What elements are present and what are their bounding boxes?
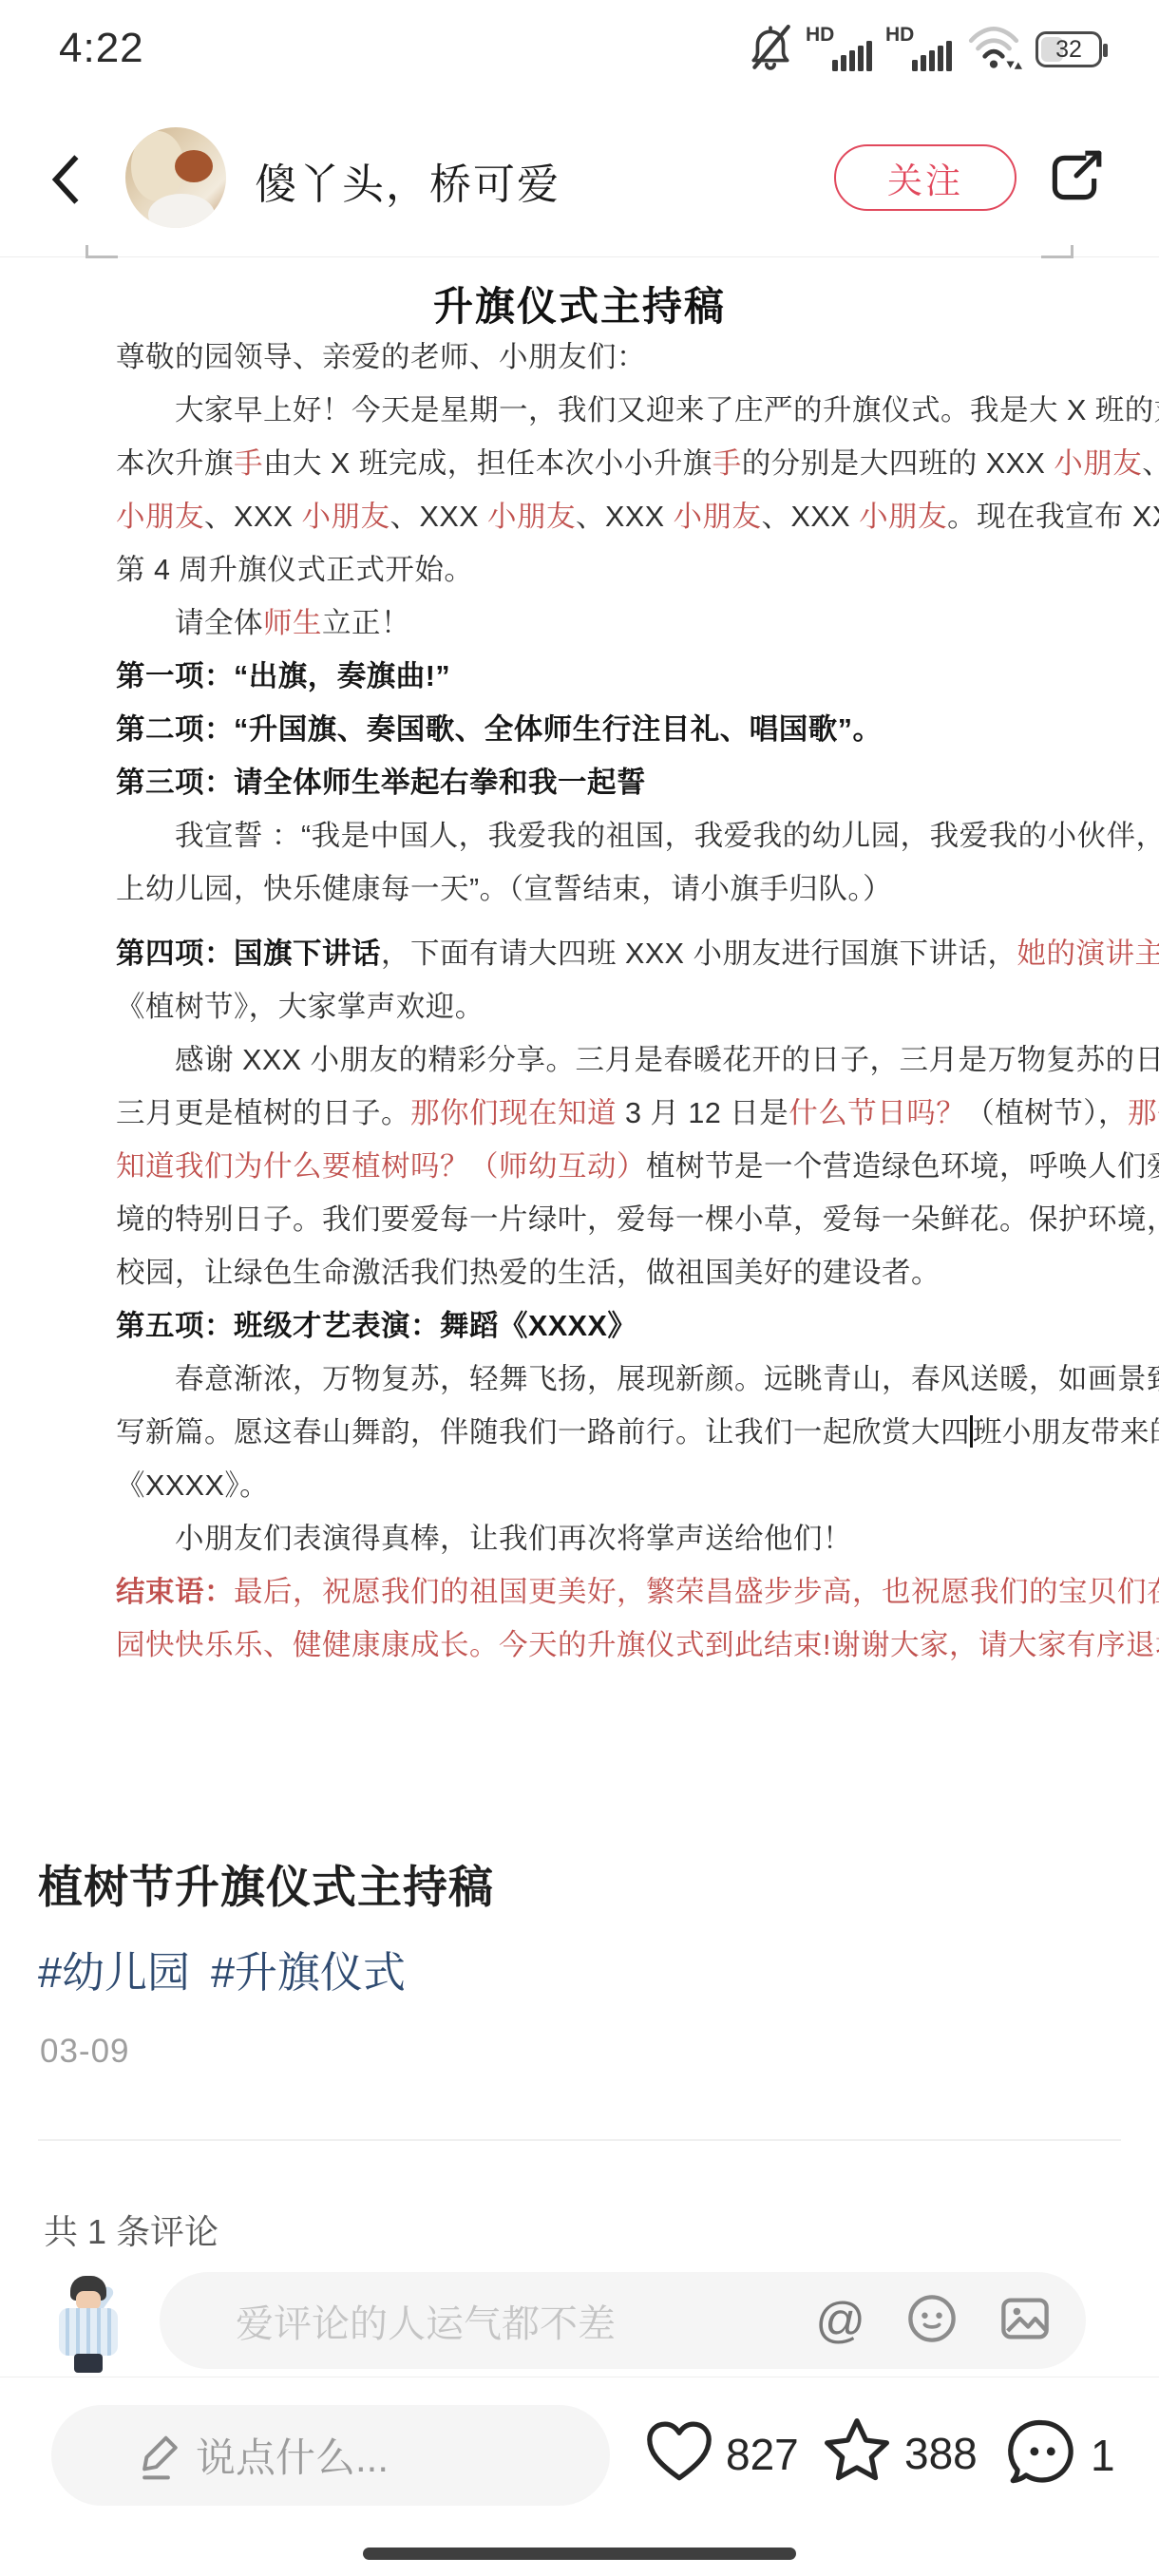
clock: 4:22	[59, 25, 144, 72]
wifi-icon	[965, 24, 1022, 76]
doc-line: 感谢 XXX 小朋友的精彩分享。三月是春暖花开的日子，三月是万物复苏的日子，	[116, 1033, 1123, 1087]
hashtag-kindergarten[interactable]: #幼儿园	[38, 1948, 190, 1997]
doc-line: 第 4 周升旗仪式正式开始。	[116, 543, 1123, 597]
like-count: 827	[726, 2429, 799, 2480]
post-title: 植树节升旗仪式主持稿	[38, 1852, 494, 1916]
document-title: 升旗仪式主持稿	[0, 275, 1159, 332]
doc-line: 本次升旗手由大 X 班完成，担任本次小小升旗手的分别是大四班的 XXX 小朋友、…	[116, 437, 1123, 490]
say-something-placeholder: 说点什么...	[196, 2405, 389, 2506]
mute-bell-icon	[749, 24, 792, 76]
app-screen: 4:22 HD HD	[0, 0, 1159, 2576]
doc-line: 小朋友们表演得真棒，让我们再次将掌声送给他们！	[116, 1512, 1123, 1565]
say-something-input[interactable]: 说点什么...	[51, 2405, 610, 2506]
comment-bubble-icon	[1005, 2418, 1079, 2491]
pencil-icon	[139, 2432, 182, 2488]
comment-count-label: 共 1 条评论	[44, 2206, 218, 2254]
doc-line: 小朋友、XXX 小朋友、XXX 小朋友、XXX 小朋友、XXX 小朋友。现在我宣…	[116, 490, 1123, 543]
doc-line: 园快快乐乐、健健康康成长。今天的升旗仪式到此结束!谢谢大家，请大家有序退场。	[116, 1619, 1123, 1672]
doc-line: 境的特别日子。我们要爱每一片绿叶，爱每一棵小草，爱每一朵鲜花。保护环境，绿化	[116, 1193, 1123, 1246]
doc-line: 知道我们为什么要植树吗？（师幼互动）植树节是一个营造绿色环境，呼唤人们爱护环	[116, 1140, 1123, 1193]
heart-icon	[644, 2418, 714, 2490]
back-button[interactable]	[49, 152, 82, 212]
doc-line: 写新篇。愿这春山舞韵，伴随我们一路前行。让我们一起欣赏大四班小朋友带来的舞蹈	[116, 1406, 1123, 1459]
doc-line: 三月更是植树的日子。那你们现在知道 3 月 12 日是什么节日吗？（植树节），那…	[116, 1087, 1123, 1140]
hd-signal-icon-2: HD	[885, 26, 952, 73]
collect-button[interactable]: 388	[821, 2416, 978, 2490]
doc-line: 第五项：班级才艺表演：舞蹈《XXXX》	[116, 1299, 1123, 1353]
doc-line: 请全体师生立正！	[116, 597, 1123, 650]
emoji-icon[interactable]	[905, 2292, 959, 2350]
image-upload-icon[interactable]	[998, 2292, 1052, 2350]
comment-input-placeholder: 爱评论的人运气都不差	[236, 2272, 616, 2369]
doc-line: 第四项：国旗下讲话，下面有请大四班 XXX 小朋友进行国旗下讲话，她的演讲主题是	[116, 927, 1123, 980]
share-icon[interactable]	[1043, 146, 1106, 214]
comment-input[interactable]: 爱评论的人运气都不差 @	[160, 2272, 1086, 2369]
section-divider	[38, 2139, 1121, 2141]
doc-line: 上幼儿园，快乐健康每一天”。（宣誓结束，请小旗手归队。）	[116, 862, 1123, 916]
post-date: 03-09	[40, 2033, 130, 2071]
author-username[interactable]: 傻丫头，桥可爱	[255, 150, 560, 211]
comment-button[interactable]: 1	[1005, 2418, 1115, 2491]
doc-lines: 尊敬的园领导、亲爱的老师、小朋友们：大家早上好！今天是星期一，我们又迎来了庄严的…	[116, 331, 1123, 1672]
doc-line: 第三项：请全体师生举起右拳和我一起誓	[116, 756, 1123, 809]
doc-line: 《植树节》，大家掌声欢迎。	[116, 980, 1123, 1033]
doc-line: 我宣誓 ：“我是中国人，我爱我的祖国，我爱我的幼儿园，我爱我的小伙伴，我爱	[116, 809, 1123, 862]
doc-line: 大家早上好！今天是星期一，我们又迎来了庄严的升旗仪式。我是大 X 班的刘老师。	[116, 384, 1123, 437]
document-top-edge	[0, 256, 1159, 257]
doc-line: 结束语：最后，祝愿我们的祖国更美好，繁荣昌盛步步高，也祝愿我们的宝贝们在幼儿	[116, 1565, 1123, 1619]
like-button[interactable]: 827	[644, 2418, 799, 2490]
doc-line: 校园，让绿色生命激活我们热爱的生活，做祖国美好的建设者。	[116, 1246, 1123, 1299]
doc-line: 第一项：“出旗，奏旗曲!”	[116, 650, 1123, 703]
battery-icon: 32	[1035, 31, 1102, 67]
doc-line: 春意渐浓，万物复苏，轻舞飞扬，展现新颜。远眺青山，春风送暖，如画景致，谱	[116, 1353, 1123, 1406]
doc-line: 尊敬的园领导、亲爱的老师、小朋友们：	[116, 331, 1123, 384]
doc-line: 第二项：“升国旗、奏国歌、全体师生行注目礼、唱国歌”。	[116, 703, 1123, 756]
collect-count: 388	[904, 2428, 978, 2479]
page-corner-right	[1041, 245, 1073, 258]
star-icon	[821, 2416, 893, 2490]
hashtags: #幼儿园#升旗仪式	[38, 1938, 427, 1999]
comment-count: 1	[1091, 2430, 1115, 2481]
bottom-bar-divider	[0, 2377, 1159, 2377]
at-mention-icon[interactable]: @	[815, 2292, 865, 2349]
battery-percent: 32	[1038, 34, 1099, 65]
hashtag-flag-ceremony[interactable]: #升旗仪式	[211, 1948, 406, 1997]
my-avatar[interactable]	[49, 2276, 131, 2373]
follow-button[interactable]: 关注	[834, 144, 1016, 211]
hd-signal-icon: HD	[806, 26, 872, 73]
home-indicator[interactable]	[363, 2548, 796, 2560]
author-avatar[interactable]	[125, 127, 226, 228]
page-corner-left	[85, 245, 118, 258]
status-icons: HD HD 32	[749, 23, 1102, 76]
doc-line: 《XXXX》。	[116, 1459, 1123, 1512]
